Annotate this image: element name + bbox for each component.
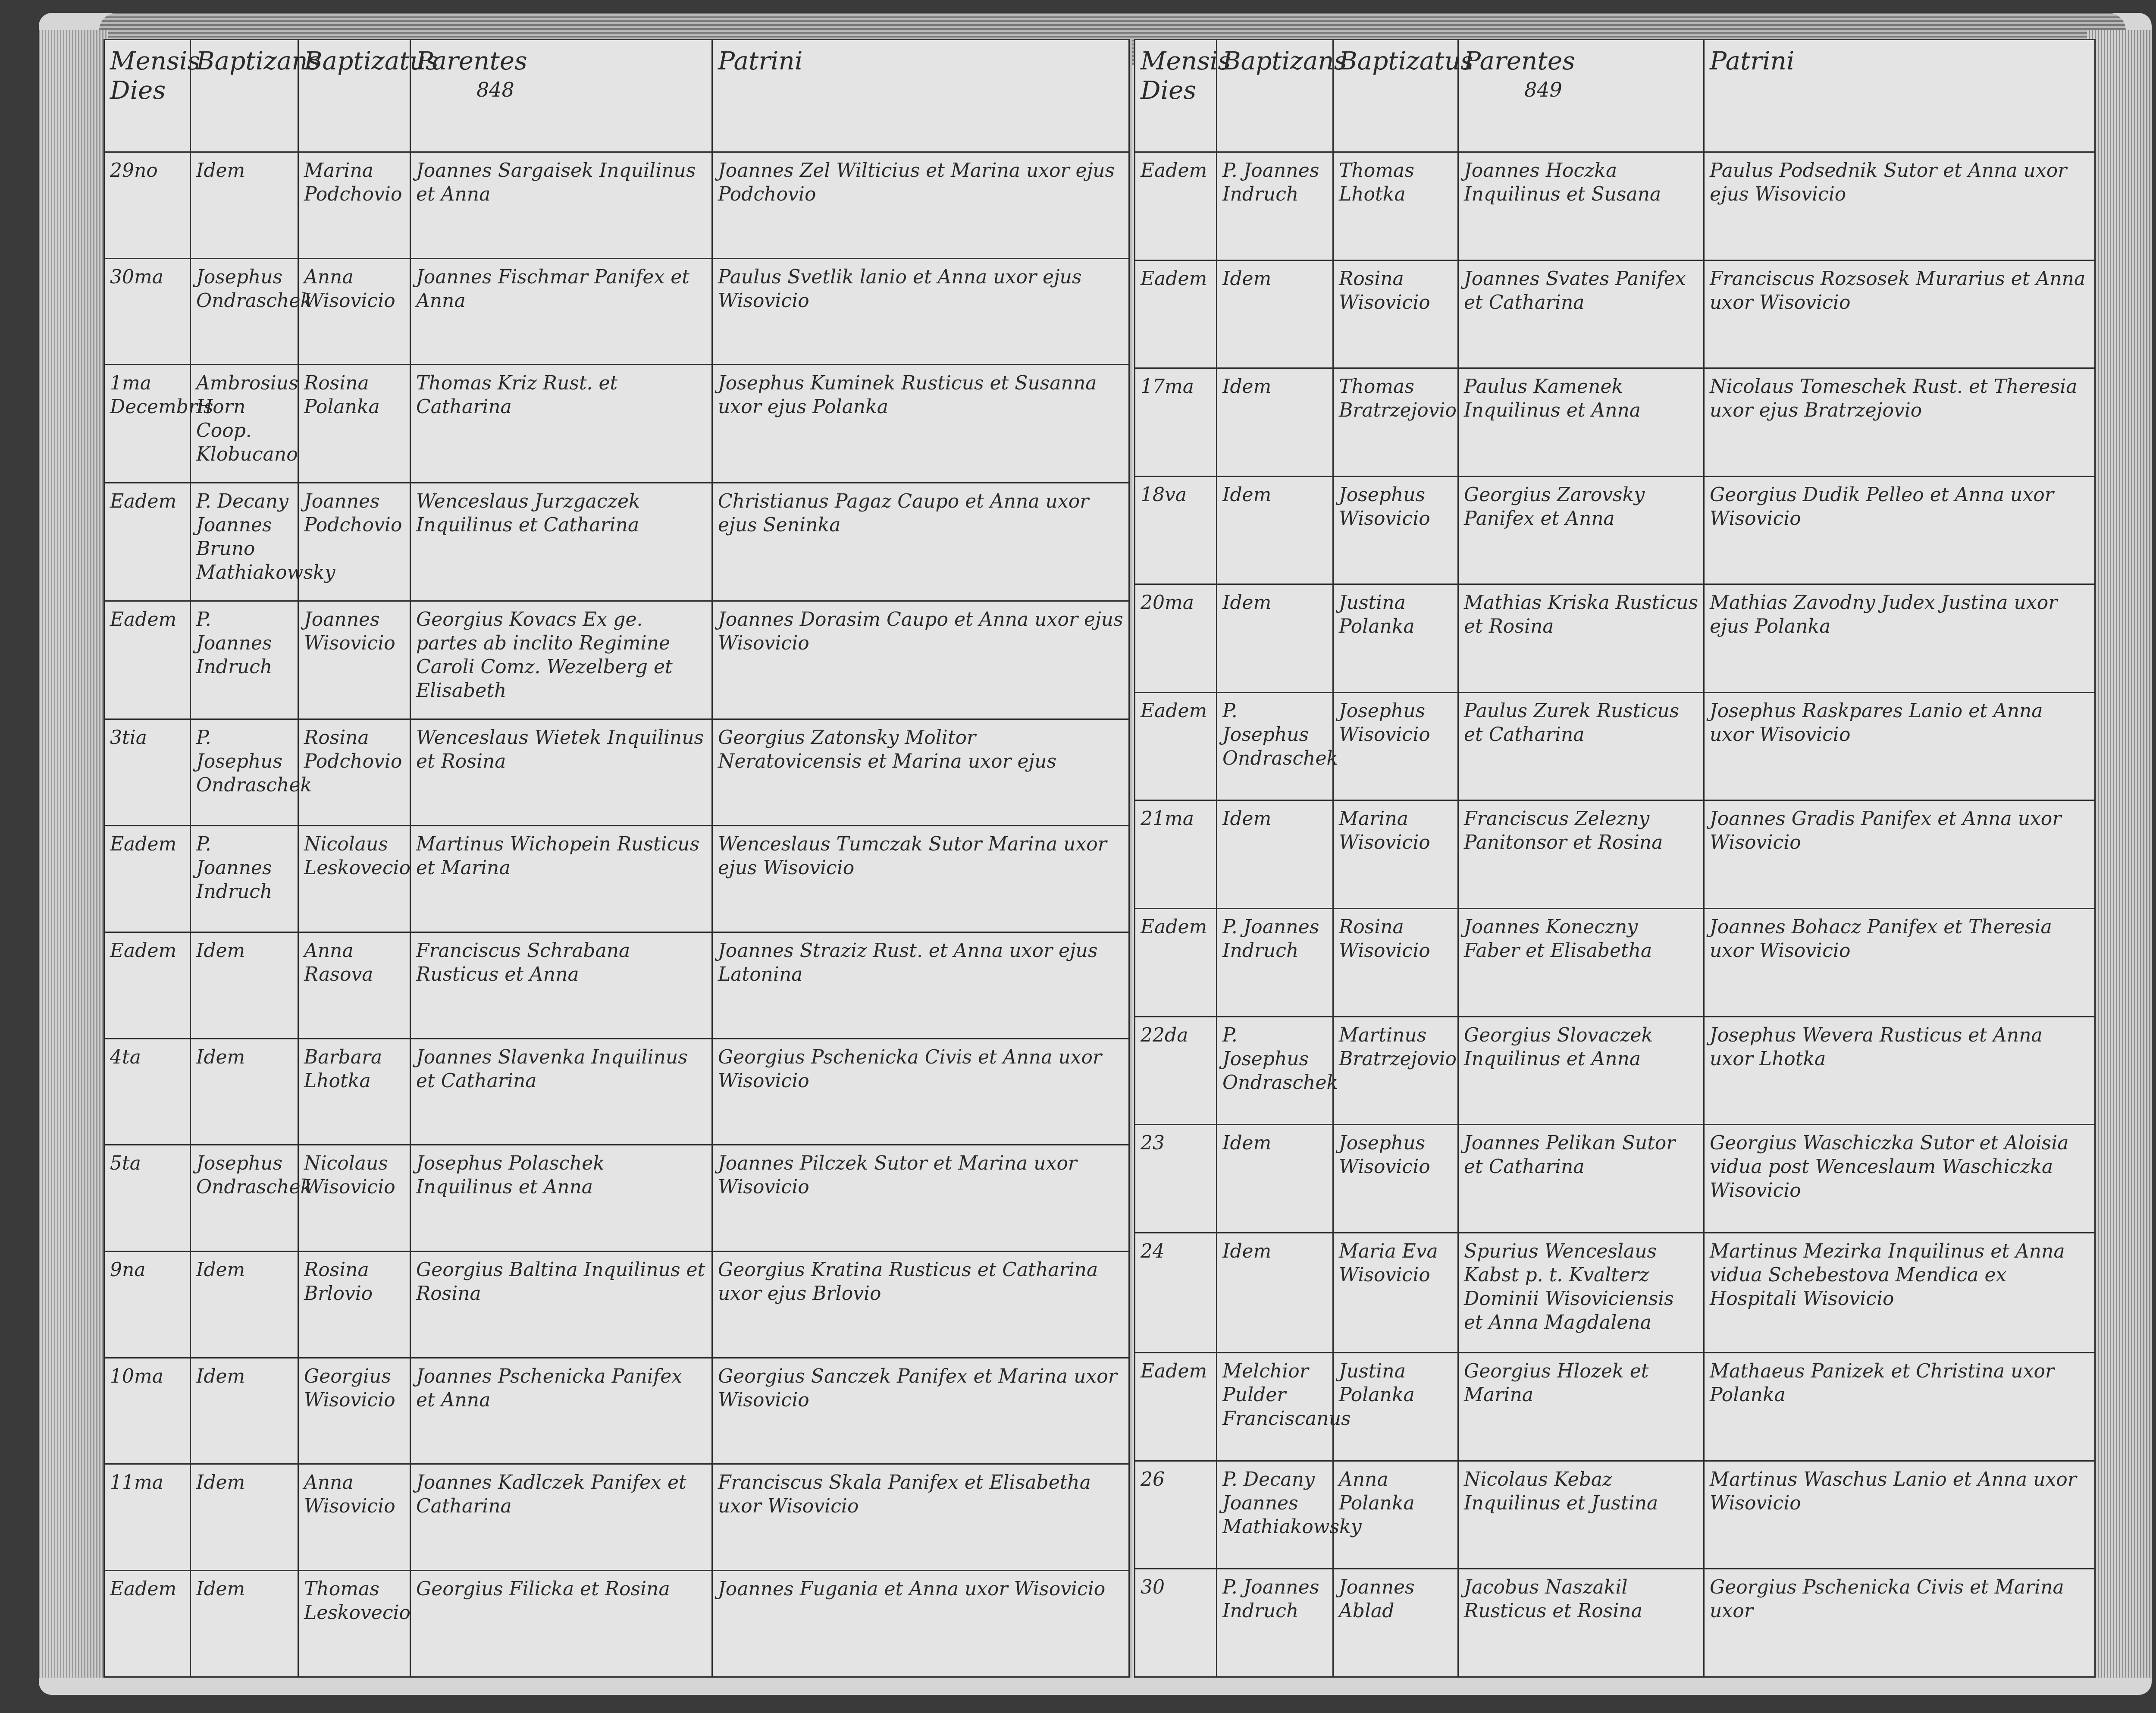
cell-day: 1ma Decembris bbox=[104, 365, 191, 483]
right-register-table: Mensis Dies Baptizans Baptizatus Parente… bbox=[1134, 39, 2096, 1678]
cell-baptizans: P. Josephus Ondraschek bbox=[191, 719, 298, 826]
cell-parentes: Georgius Kovacs Ex ge. partes ab inclito… bbox=[411, 601, 712, 719]
cell-baptizatus: Nicolaus Wisovicio bbox=[298, 1145, 411, 1252]
cell-baptizatus: Martinus Bratrzejovio bbox=[1333, 1017, 1458, 1125]
folio-number: 849 bbox=[1464, 78, 1698, 101]
cell-day: 17ma bbox=[1135, 368, 1217, 477]
cell-baptizans: P. Joannes Indruch bbox=[1217, 909, 1333, 1017]
table-row: 1ma DecembrisAmbrosius Horn Coop. Klobuc… bbox=[104, 365, 1129, 483]
table-row: 3tiaP. Josephus OndraschekRosina Podchov… bbox=[104, 719, 1129, 826]
header-baptizatus: Baptizatus bbox=[1333, 40, 1458, 152]
right-register-rows: EademP. Joannes IndruchThomas LhotkaJoan… bbox=[1135, 152, 2095, 1677]
cell-parentes: Georgius Hlozek et Marina bbox=[1458, 1353, 1704, 1461]
cell-parentes: Joannes Fischmar Panifex et Anna bbox=[411, 258, 712, 365]
header-day: Mensis Dies bbox=[104, 40, 191, 152]
cell-patrini: Martinus Waschus Lanio et Anna uxor Wiso… bbox=[1704, 1461, 2095, 1569]
cell-day: Eadem bbox=[104, 483, 191, 601]
cell-baptizatus: Maria Eva Wisovicio bbox=[1333, 1233, 1458, 1352]
cell-baptizatus: Marina Podchovio bbox=[298, 152, 411, 259]
cell-baptizatus: Anna Wisovicio bbox=[298, 258, 411, 365]
cell-day: 20ma bbox=[1135, 584, 1217, 693]
cell-baptizatus: Josephus Wisovicio bbox=[1333, 692, 1458, 800]
cell-parentes: Franciscus Zelezny Panitonsor et Rosina bbox=[1458, 800, 1704, 909]
table-row: 20maIdemJustina PolankaMathias Kriska Ru… bbox=[1135, 584, 2095, 693]
cell-patrini: Paulus Podsednik Sutor et Anna uxor ejus… bbox=[1704, 152, 2095, 260]
cell-baptizatus: Anna Wisovicio bbox=[298, 1464, 411, 1571]
cell-patrini: Nicolaus Tomeschek Rust. et Theresia uxo… bbox=[1704, 368, 2095, 477]
table-row: 24IdemMaria Eva WisovicioSpurius Wencesl… bbox=[1135, 1233, 2095, 1352]
cell-patrini: Josephus Raskpares Lanio et Anna uxor Wi… bbox=[1704, 692, 2095, 800]
cell-baptizans: P. Decany Joannes Mathiakowsky bbox=[1217, 1461, 1333, 1569]
cell-day: Eadem bbox=[1135, 260, 1217, 368]
cell-baptizans: P. Joannes Indruch bbox=[191, 826, 298, 932]
cell-baptizans: Josephus Ondraschek bbox=[191, 258, 298, 365]
left-register-rows: 29noIdemMarina PodchovioJoannes Sargaise… bbox=[104, 152, 1129, 1677]
cell-baptizatus: Anna Rasova bbox=[298, 932, 411, 1038]
cell-baptizatus: Rosina Brlovio bbox=[298, 1252, 411, 1358]
cell-baptizans: Idem bbox=[191, 1358, 298, 1464]
cell-patrini: Franciscus Skala Panifex et Elisabetha u… bbox=[712, 1464, 1129, 1571]
right-page: Mensis Dies Baptizans Baptizatus Parente… bbox=[1134, 39, 2096, 1678]
cell-patrini: Martinus Mezirka Inquilinus et Anna vidu… bbox=[1704, 1233, 2095, 1352]
cell-parentes: Jacobus Naszakil Rusticus et Rosina bbox=[1458, 1569, 1704, 1677]
cell-parentes: Paulus Zurek Rusticus et Catharina bbox=[1458, 692, 1704, 800]
cell-baptizans: P. Joannes Indruch bbox=[191, 601, 298, 719]
cell-parentes: Joannes Sargaisek Inquilinus et Anna bbox=[411, 152, 712, 259]
table-row: 18vaIdemJosephus WisovicioGeorgius Zarov… bbox=[1135, 476, 2095, 584]
cell-baptizatus: Marina Wisovicio bbox=[1333, 800, 1458, 909]
cell-day: 10ma bbox=[104, 1358, 191, 1464]
cell-day: 22da bbox=[1135, 1017, 1217, 1125]
table-row: EademP. Joannes IndruchJoannes Wisovicio… bbox=[104, 601, 1129, 719]
cell-patrini: Georgius Pschenicka Civis et Anna uxor W… bbox=[712, 1038, 1129, 1145]
cell-baptizans: Melchior Pulder Franciscanus bbox=[1217, 1353, 1333, 1461]
cell-patrini: Franciscus Rozsosek Murarius et Anna uxo… bbox=[1704, 260, 2095, 368]
cell-patrini: Georgius Zatonsky Molitor Neratovicensis… bbox=[712, 719, 1129, 826]
cell-patrini: Georgius Pschenicka Civis et Marina uxor bbox=[1704, 1569, 2095, 1677]
cell-baptizatus: Barbara Lhotka bbox=[298, 1038, 411, 1145]
cell-baptizans: Ambrosius Horn Coop. Klobucano bbox=[191, 365, 298, 483]
cell-baptizatus: Rosina Wisovicio bbox=[1333, 909, 1458, 1017]
cell-day: Eadem bbox=[1135, 152, 1217, 260]
cell-parentes: Georgius Slovaczek Inquilinus et Anna bbox=[1458, 1017, 1704, 1125]
cell-baptizatus: Joannes Ablad bbox=[1333, 1569, 1458, 1677]
cell-baptizans: Josephus Ondraschek bbox=[191, 1145, 298, 1252]
cell-baptizatus: Thomas Bratrzejovio bbox=[1333, 368, 1458, 477]
header-parentes: Parentes849 bbox=[1458, 40, 1704, 152]
cell-day: 24 bbox=[1135, 1233, 1217, 1352]
cell-parentes: Martinus Wichopein Rusticus et Marina bbox=[411, 826, 712, 932]
cell-baptizatus: Rosina Wisovicio bbox=[1333, 260, 1458, 368]
cell-day: 18va bbox=[1135, 476, 1217, 584]
cell-day: Eadem bbox=[104, 601, 191, 719]
header-parentes-label: Parentes bbox=[1464, 46, 1575, 75]
cell-baptizatus: Josephus Wisovicio bbox=[1333, 1125, 1458, 1233]
cell-patrini: Joannes Gradis Panifex et Anna uxor Wiso… bbox=[1704, 800, 2095, 909]
cell-baptizans: Idem bbox=[1217, 1233, 1333, 1352]
cell-baptizans: Idem bbox=[191, 1038, 298, 1145]
header-day: Mensis Dies bbox=[1135, 40, 1217, 152]
left-page: Mensis Dies Baptizans Baptizatus Parente… bbox=[103, 39, 1132, 1678]
cell-baptizans: Idem bbox=[1217, 260, 1333, 368]
table-row: EademP. Joannes IndruchThomas LhotkaJoan… bbox=[1135, 152, 2095, 260]
header-patrini: Patrini bbox=[712, 40, 1129, 152]
cell-parentes: Georgius Baltina Inquilinus et Rosina bbox=[411, 1252, 712, 1358]
cell-baptizans: Idem bbox=[1217, 1125, 1333, 1233]
table-row: 17maIdemThomas BratrzejovioPaulus Kamene… bbox=[1135, 368, 2095, 477]
cell-day: 3tia bbox=[104, 719, 191, 826]
table-row: EademIdemRosina WisovicioJoannes Svates … bbox=[1135, 260, 2095, 368]
cell-baptizans: P. Decany Joannes Bruno Mathiakowsky bbox=[191, 483, 298, 601]
cell-baptizatus: Thomas Leskovecio bbox=[298, 1571, 411, 1677]
cell-baptizans: P. Joannes Indruch bbox=[1217, 1569, 1333, 1677]
cell-day: 23 bbox=[1135, 1125, 1217, 1233]
cell-day: Eadem bbox=[1135, 1353, 1217, 1461]
table-row: 4taIdemBarbara LhotkaJoannes Slavenka In… bbox=[104, 1038, 1129, 1145]
cell-day: 9na bbox=[104, 1252, 191, 1358]
cell-baptizatus: Thomas Lhotka bbox=[1333, 152, 1458, 260]
header-baptizans: Baptizans bbox=[1217, 40, 1333, 152]
cell-day: 4ta bbox=[104, 1038, 191, 1145]
cell-baptizans: Idem bbox=[1217, 476, 1333, 584]
cell-baptizans: Idem bbox=[1217, 368, 1333, 477]
cell-baptizans: P. Joannes Indruch bbox=[1217, 152, 1333, 260]
cell-day: 30 bbox=[1135, 1569, 1217, 1677]
cell-day: Eadem bbox=[1135, 692, 1217, 800]
table-row: 21maIdemMarina WisovicioFranciscus Zelez… bbox=[1135, 800, 2095, 909]
cell-day: Eadem bbox=[104, 932, 191, 1038]
cell-baptizans: P. Josephus Ondraschek bbox=[1217, 1017, 1333, 1125]
cell-baptizans: Idem bbox=[191, 1252, 298, 1358]
cell-parentes: Wenceslaus Wietek Inquilinus et Rosina bbox=[411, 719, 712, 826]
folio-number: 848 bbox=[416, 78, 706, 101]
table-row: 29noIdemMarina PodchovioJoannes Sargaise… bbox=[104, 152, 1129, 259]
table-row: EademIdemThomas LeskovecioGeorgius Filic… bbox=[104, 1571, 1129, 1677]
cell-patrini: Georgius Sanczek Panifex et Marina uxor … bbox=[712, 1358, 1129, 1464]
table-row: 30maJosephus OndraschekAnna WisovicioJoa… bbox=[104, 258, 1129, 365]
cell-patrini: Georgius Kratina Rusticus et Catharina u… bbox=[712, 1252, 1129, 1358]
cell-patrini: Joannes Zel Wilticius et Marina uxor eju… bbox=[712, 152, 1129, 259]
cell-day: Eadem bbox=[104, 1571, 191, 1677]
cell-patrini: Wenceslaus Tumczak Sutor Marina uxor eju… bbox=[712, 826, 1129, 932]
cell-day: Eadem bbox=[1135, 909, 1217, 1017]
table-row: EademP. Josephus OndraschekJosephus Wiso… bbox=[1135, 692, 2095, 800]
header-patrini: Patrini bbox=[1704, 40, 2095, 152]
table-row: EademP. Joannes IndruchNicolaus Leskovec… bbox=[104, 826, 1129, 932]
cell-parentes: Joannes Hoczka Inquilinus et Susana bbox=[1458, 152, 1704, 260]
cell-parentes: Joannes Slavenka Inquilinus et Catharina bbox=[411, 1038, 712, 1145]
cell-baptizans: P. Josephus Ondraschek bbox=[1217, 692, 1333, 800]
cell-baptizans: Idem bbox=[1217, 800, 1333, 909]
table-row: 23IdemJosephus WisovicioJoannes Pelikan … bbox=[1135, 1125, 2095, 1233]
cell-parentes: Joannes Kadlczek Panifex et Catharina bbox=[411, 1464, 712, 1571]
cell-parentes: Joannes Pelikan Sutor et Catharina bbox=[1458, 1125, 1704, 1233]
cell-patrini: Joannes Fugania et Anna uxor Wisovicio bbox=[712, 1571, 1129, 1677]
cell-baptizatus: Rosina Polanka bbox=[298, 365, 411, 483]
cell-patrini: Joannes Bohacz Panifex et Theresia uxor … bbox=[1704, 909, 2095, 1017]
header-baptizatus: Baptizatus bbox=[298, 40, 411, 152]
cell-parentes: Nicolaus Kebaz Inquilinus et Justina bbox=[1458, 1461, 1704, 1569]
cell-parentes: Spurius Wenceslaus Kabst p. t. Kvalterz … bbox=[1458, 1233, 1704, 1352]
cell-parentes: Paulus Kamenek Inquilinus et Anna bbox=[1458, 368, 1704, 477]
cell-parentes: Joannes Svates Panifex et Catharina bbox=[1458, 260, 1704, 368]
cell-parentes: Joannes Pschenicka Panifex et Anna bbox=[411, 1358, 712, 1464]
cell-day: 29no bbox=[104, 152, 191, 259]
table-row: 26P. Decany Joannes MathiakowskyAnna Pol… bbox=[1135, 1461, 2095, 1569]
table-row: 22daP. Josephus OndraschekMartinus Bratr… bbox=[1135, 1017, 2095, 1125]
cell-parentes: Wenceslaus Jurzgaczek Inquilinus et Cath… bbox=[411, 483, 712, 601]
table-row: EademMelchior Pulder FranciscanusJustina… bbox=[1135, 1353, 2095, 1461]
cell-baptizans: Idem bbox=[191, 1464, 298, 1571]
cell-parentes: Josephus Polaschek Inquilinus et Anna bbox=[411, 1145, 712, 1252]
cell-patrini: Georgius Waschiczka Sutor et Aloisia vid… bbox=[1704, 1125, 2095, 1233]
table-row: EademP. Decany Joannes Bruno Mathiakowsk… bbox=[104, 483, 1129, 601]
cell-baptizatus: Justina Polanka bbox=[1333, 584, 1458, 693]
cell-patrini: Paulus Svetlik lanio et Anna uxor ejus W… bbox=[712, 258, 1129, 365]
cell-parentes: Franciscus Schrabana Rusticus et Anna bbox=[411, 932, 712, 1038]
cell-baptizatus: Rosina Podchovio bbox=[298, 719, 411, 826]
cell-parentes: Thomas Kriz Rust. et Catharina bbox=[411, 365, 712, 483]
cell-parentes: Georgius Zarovsky Panifex et Anna bbox=[1458, 476, 1704, 584]
cell-baptizatus: Anna Polanka bbox=[1333, 1461, 1458, 1569]
table-row: EademP. Joannes IndruchRosina WisovicioJ… bbox=[1135, 909, 2095, 1017]
table-row: 30P. Joannes IndruchJoannes AbladJacobus… bbox=[1135, 1569, 2095, 1677]
header-baptizans: Baptizans bbox=[191, 40, 298, 152]
cell-day: Eadem bbox=[104, 826, 191, 932]
cell-patrini: Josephus Kuminek Rusticus et Susanna uxo… bbox=[712, 365, 1129, 483]
cell-patrini: Georgius Dudik Pelleo et Anna uxor Wisov… bbox=[1704, 476, 2095, 584]
left-register-table: Mensis Dies Baptizans Baptizatus Parente… bbox=[103, 39, 1130, 1678]
cell-patrini: Joannes Straziz Rust. et Anna uxor ejus … bbox=[712, 932, 1129, 1038]
page-block-right-edge bbox=[2087, 30, 2152, 1678]
cell-patrini: Josephus Wevera Rusticus et Anna uxor Lh… bbox=[1704, 1017, 2095, 1125]
cell-baptizatus: Nicolaus Leskovecio bbox=[298, 826, 411, 932]
header-parentes-label: Parentes bbox=[416, 46, 527, 75]
cell-baptizans: Idem bbox=[1217, 584, 1333, 693]
cell-day: 11ma bbox=[104, 1464, 191, 1571]
cell-parentes: Mathias Kriska Rusticus et Rosina bbox=[1458, 584, 1704, 693]
open-register-book: Mensis Dies Baptizans Baptizatus Parente… bbox=[39, 13, 2152, 1695]
page-block-left-edge bbox=[39, 30, 108, 1678]
cell-baptizatus: Justina Polanka bbox=[1333, 1353, 1458, 1461]
cell-baptizans: Idem bbox=[191, 152, 298, 259]
cell-baptizans: Idem bbox=[191, 932, 298, 1038]
cell-day: 26 bbox=[1135, 1461, 1217, 1569]
cell-patrini: Mathias Zavodny Judex Justina uxor ejus … bbox=[1704, 584, 2095, 693]
cell-day: 5ta bbox=[104, 1145, 191, 1252]
cell-baptizatus: Georgius Wisovicio bbox=[298, 1358, 411, 1464]
cell-parentes: Joannes Koneczny Faber et Elisabetha bbox=[1458, 909, 1704, 1017]
table-row: 10maIdemGeorgius WisovicioJoannes Pschen… bbox=[104, 1358, 1129, 1464]
table-row: 9naIdemRosina BrlovioGeorgius Baltina In… bbox=[104, 1252, 1129, 1358]
cell-patrini: Mathaeus Panizek et Christina uxor Polan… bbox=[1704, 1353, 2095, 1461]
table-row: 11maIdemAnna WisovicioJoannes Kadlczek P… bbox=[104, 1464, 1129, 1571]
cell-parentes: Georgius Filicka et Rosina bbox=[411, 1571, 712, 1677]
cell-baptizans: Idem bbox=[191, 1571, 298, 1677]
cell-patrini: Joannes Dorasim Caupo et Anna uxor ejus … bbox=[712, 601, 1129, 719]
cell-baptizatus: Joannes Wisovicio bbox=[298, 601, 411, 719]
table-row: EademIdemAnna RasovaFranciscus Schrabana… bbox=[104, 932, 1129, 1038]
cell-patrini: Joannes Pilczek Sutor et Marina uxor Wis… bbox=[712, 1145, 1129, 1252]
cell-baptizatus: Josephus Wisovicio bbox=[1333, 476, 1458, 584]
cell-day: 21ma bbox=[1135, 800, 1217, 909]
table-row: 5taJosephus OndraschekNicolaus Wisovicio… bbox=[104, 1145, 1129, 1252]
cell-day: 30ma bbox=[104, 258, 191, 365]
header-parentes: Parentes848 bbox=[411, 40, 712, 152]
cell-patrini: Christianus Pagaz Caupo et Anna uxor eju… bbox=[712, 483, 1129, 601]
